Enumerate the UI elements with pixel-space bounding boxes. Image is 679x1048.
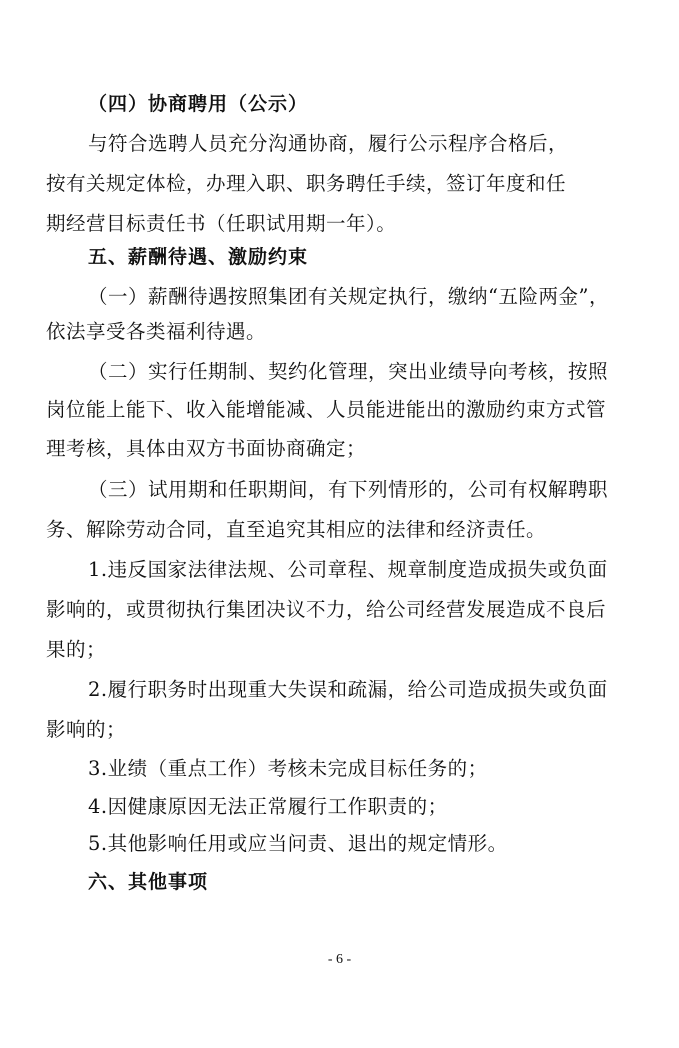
paragraph-line: 理考核，具体由双方书面协商确定； [46, 437, 366, 461]
list-item-5: 5.其他影响任用或应当问责、退出的规定情形。 [88, 832, 508, 856]
paragraph-line: （三）试用期和任职期间，有下列情形的，公司有权解聘职 [88, 478, 608, 502]
paragraph-line: 影响的； [46, 718, 126, 742]
list-item-3: 3.业绩（重点工作）考核未完成目标任务的； [88, 757, 488, 781]
section-heading-6: 六、其他事项 [88, 870, 208, 894]
paragraph-line: 果的； [46, 638, 106, 662]
list-item-1: 1.违反国家法律法规、公司章程、规章制度造成损失或负面 [88, 558, 608, 582]
list-item-4: 4.因健康原因无法正常履行工作职责的； [88, 795, 448, 819]
paragraph-line: 岗位能上能下、收入能增能减、人员能进能出的激励约束方式管 [46, 398, 606, 422]
list-item-2: 2.履行职务时出现重大失误和疏漏，给公司造成损失或负面 [88, 678, 608, 702]
paragraph-line: （二）实行任期制、契约化管理，突出业绩导向考核，按照 [88, 360, 608, 384]
paragraph-line: 期经营目标责任书（任职试用期一年）。 [46, 212, 396, 236]
section-heading-4: （四）协商聘用（公示） [88, 92, 308, 116]
section-heading-5: 五、薪酬待遇、激励约束 [88, 245, 308, 269]
paragraph-line: 依法享受各类福利待遇。 [46, 320, 266, 344]
paragraph-line: 按有关规定体检，办理入职、职务聘任手续，签订年度和任 [46, 172, 566, 196]
paragraph-line: 务、解除劳动合同，直至追究其相应的法律和经济责任。 [46, 518, 546, 542]
paragraph-line: （一）薪酬待遇按照集团有关规定执行，缴纳“五险两金”， [88, 285, 609, 309]
paragraph-line: 与符合选聘人员充分沟通协商，履行公示程序合格后， [88, 132, 568, 156]
page-number: - 6 - [0, 952, 679, 968]
paragraph-line: 影响的，或贯彻执行集团决议不力，给公司经营发展造成不良后 [46, 598, 606, 622]
